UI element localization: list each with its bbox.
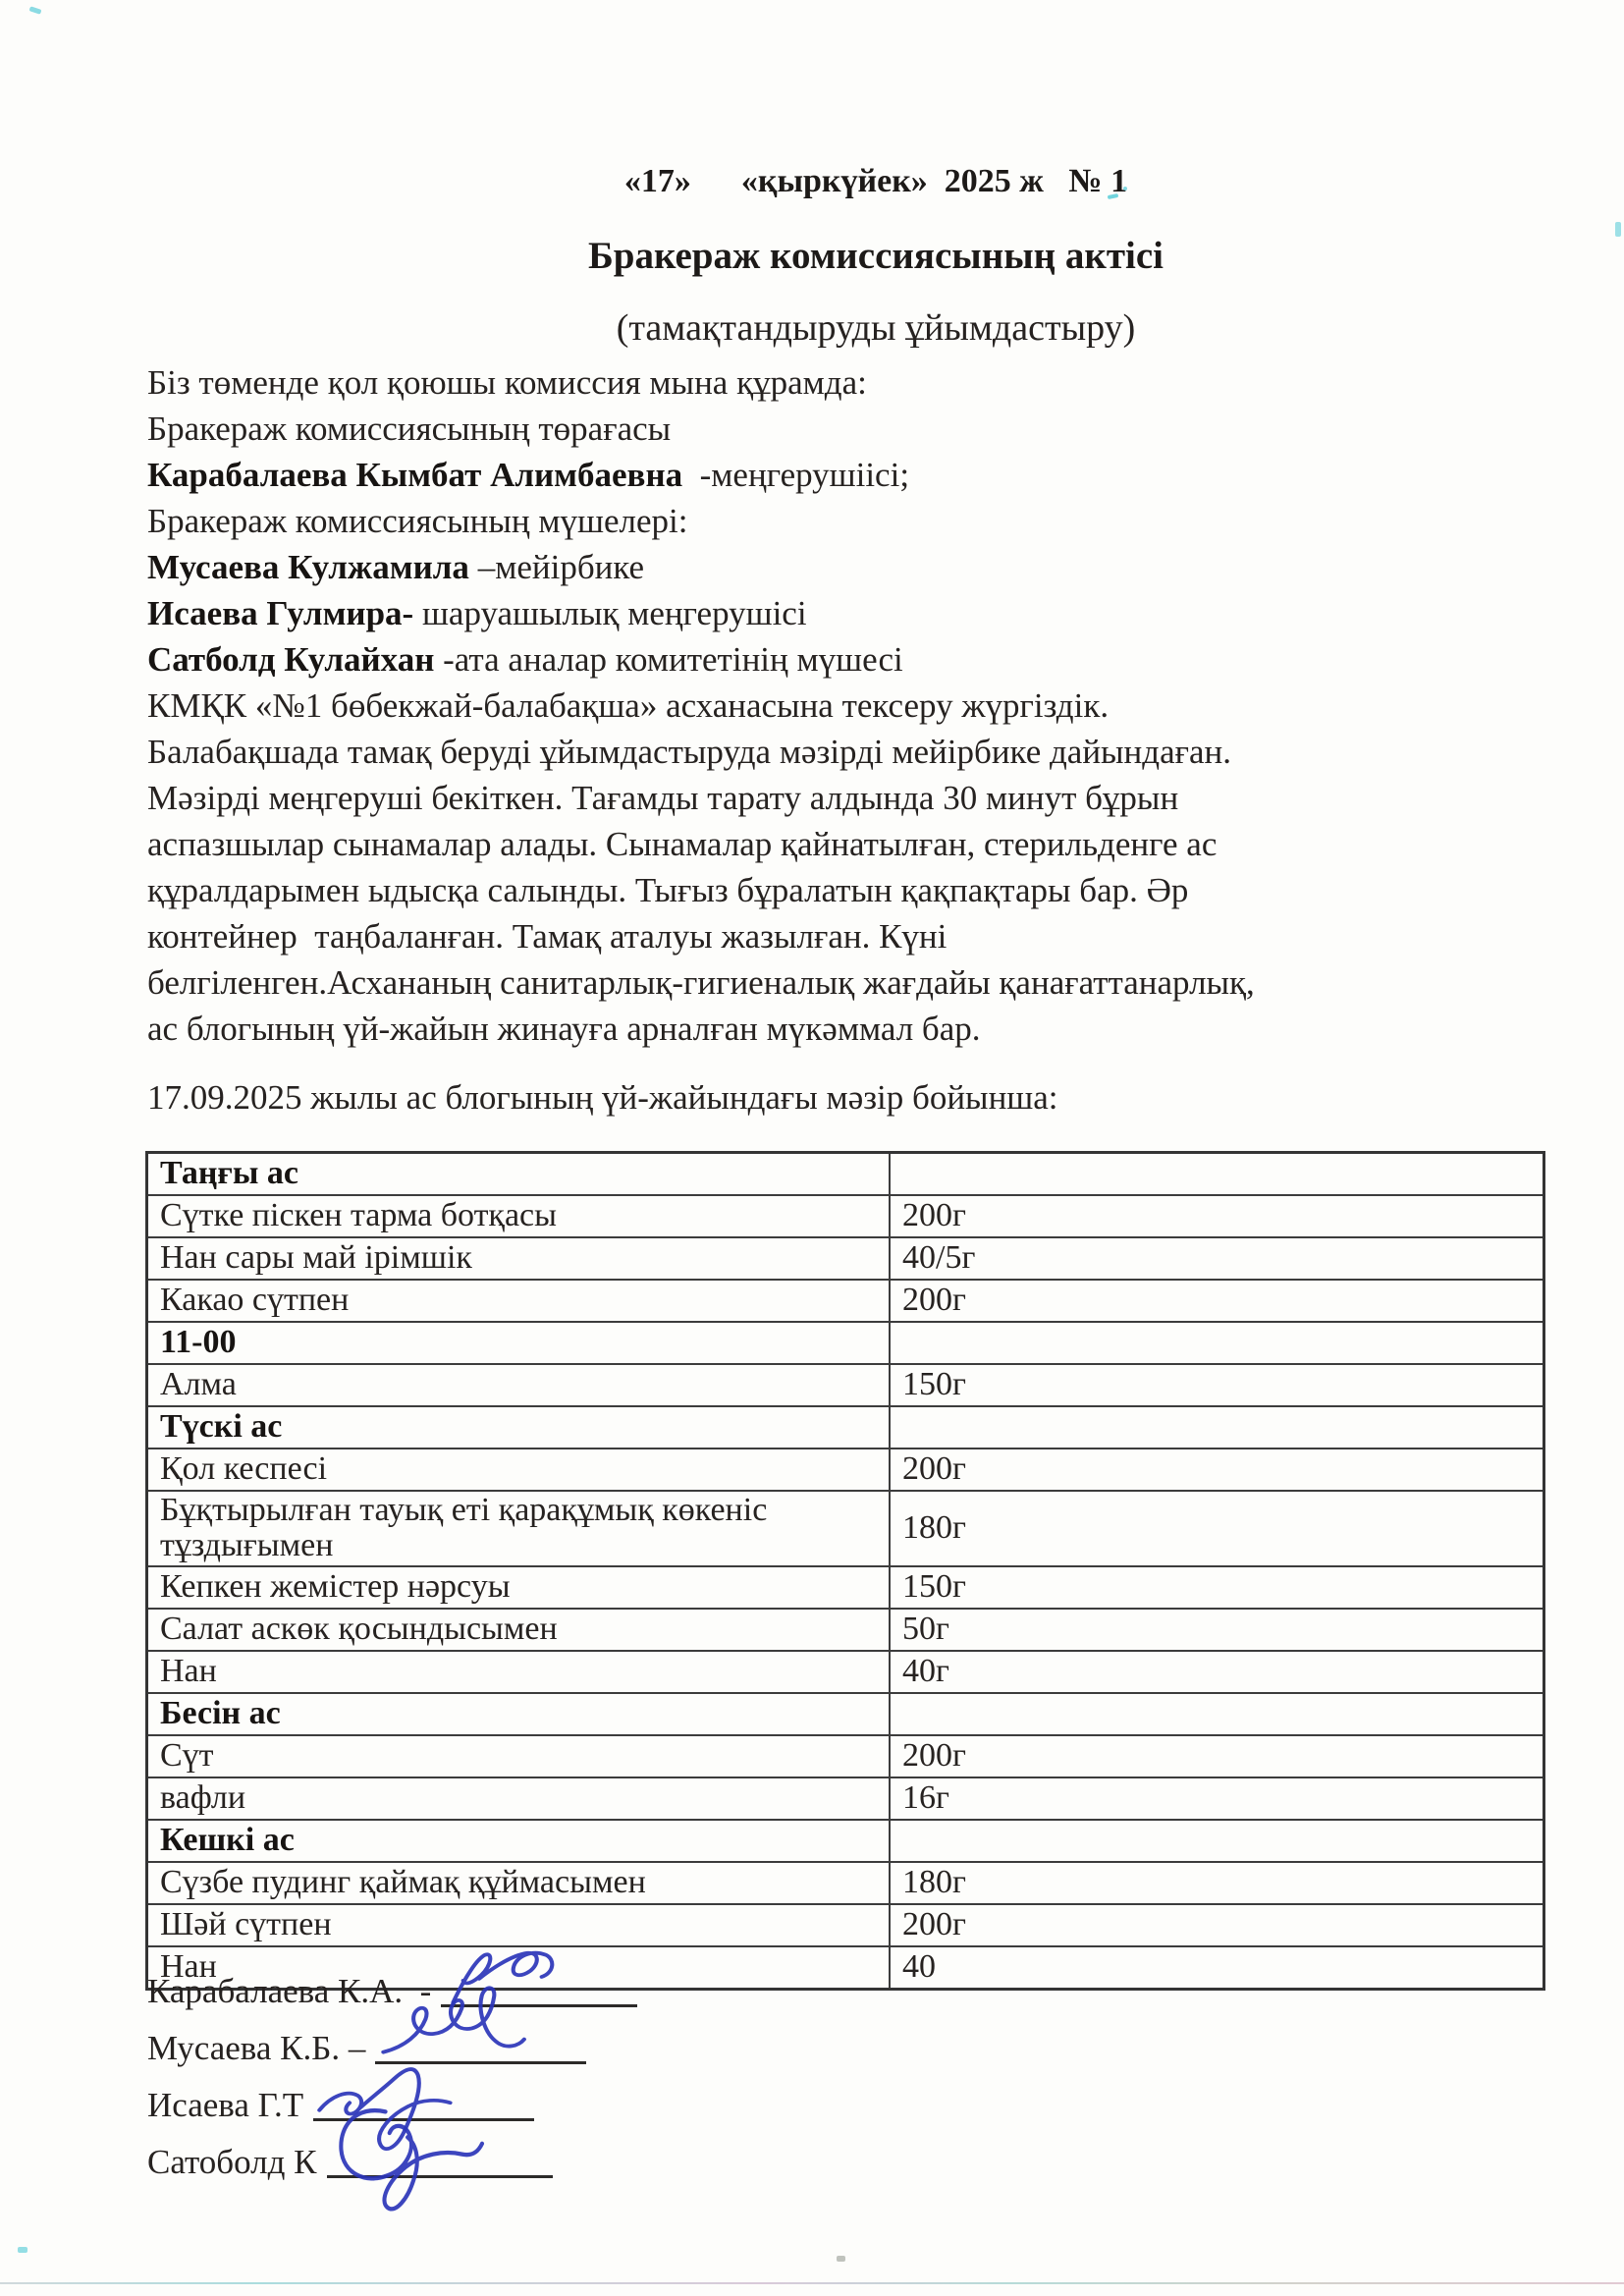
menu-table-row: Сүтке піскен тарма ботқасы 200г — [147, 1195, 1544, 1237]
dish-cell: Сүтке піскен тарма ботқасы — [147, 1195, 891, 1237]
paragraph-text: –мейірбике — [469, 548, 644, 586]
commission-paragraph: Біз төменде қол қоюшы комиссия мына құра… — [147, 359, 1522, 1052]
menu-table-row: 11-00 — [147, 1322, 1544, 1364]
paragraph-line: аспазшылар сынамалар алады. Сынамалар қа… — [147, 821, 1522, 867]
scan-artifact-speck — [837, 2256, 845, 2262]
dish-cell: Салат аскөк қосындысымен — [147, 1609, 891, 1651]
dish-cell: Түскі ас — [147, 1406, 891, 1449]
dish-cell: Бұқтырылған тауық еті қарақұмық көкеніс … — [147, 1491, 891, 1566]
portion-cell: 200г — [890, 1280, 1544, 1322]
document-title: Бракераж комиссиясының актісі — [0, 234, 1624, 278]
portion-cell: 200г — [890, 1449, 1544, 1491]
paragraph-line: контейнер таңбаланған. Тамақ аталуы жазы… — [147, 913, 1522, 959]
menu-table-row: Бұқтырылған тауық еті қарақұмық көкеніс … — [147, 1491, 1544, 1566]
menu-table-row: Кешкі ас — [147, 1820, 1544, 1862]
paragraph-text: Мәзірді меңгеруші бекіткен. Тағамды тара… — [147, 779, 1178, 817]
paragraph-text: аспазшылар сынамалар алады. Сынамалар қа… — [147, 825, 1217, 863]
paragraph-text: контейнер таңбаланған. Тамақ аталуы жазы… — [147, 917, 947, 956]
dish-cell: Алма — [147, 1364, 891, 1406]
handwritten-signature-ink — [321, 2095, 522, 2222]
menu-table-row: Қол кеспесі 200г — [147, 1449, 1544, 1491]
document-date-line: «17» «қыркүйек» 2025 ж № 1 — [0, 163, 1624, 200]
paragraph-line: ас блогының үй-жайын жинауға арналған мү… — [147, 1006, 1522, 1052]
portion-cell: 200г — [890, 1904, 1544, 1946]
paragraph-line: Балабақшада тамақ беруді ұйымдастыруда м… — [147, 729, 1522, 775]
menu-table-row: Шәй сүтпен 200г — [147, 1904, 1544, 1946]
dish-cell: Сүзбе пудинг қаймақ құймасымен — [147, 1862, 891, 1904]
menu-table-row: вафли 16г — [147, 1777, 1544, 1820]
menu-table-row: Нан 40г — [147, 1651, 1544, 1693]
paragraph-text: Балабақшада тамақ беруді ұйымдастыруда м… — [147, 733, 1231, 771]
paragraph-text: КМҚК «№1 бөбекжай-балабақша» асханасына … — [147, 686, 1109, 725]
scan-artifact-speck — [1123, 187, 1127, 191]
portion-cell: 180г — [890, 1491, 1544, 1566]
dish-cell: 11-00 — [147, 1322, 891, 1364]
paragraph-text: Бракераж комиссиясының мүшелері: — [147, 502, 687, 540]
menu-table: Таңғы ас Сүтке піскен тарма ботқасы 200г… — [145, 1151, 1545, 1991]
portion-cell: 200г — [890, 1735, 1544, 1777]
menu-table-row: Салат аскөк қосындысымен 50г — [147, 1609, 1544, 1651]
scan-artifact-speck — [1615, 222, 1621, 237]
menu-table-row: Сүзбе пудинг қаймақ құймасымен 180г — [147, 1862, 1544, 1904]
menu-table-row: Түскі ас — [147, 1406, 1544, 1449]
signature-block: Карабалаева К.А. - Мусаева К.Б. – Исаева… — [147, 1956, 637, 2184]
member-name-bold: Карабалаева Кымбат Алимбаевна — [147, 456, 682, 494]
signature-line — [327, 2163, 553, 2178]
paragraph-line: Исаева Гулмира- шаруашылық меңгерушісі — [147, 590, 1522, 636]
member-name-bold: Исаева Гулмира- — [147, 594, 413, 632]
dish-cell: Кепкен жемістер нәрсуы — [147, 1566, 891, 1609]
signature-row: Сатоболд К — [147, 2127, 637, 2184]
document-subtitle: (тамақтандыруды ұйымдастыру) — [0, 306, 1624, 350]
portion-cell — [890, 1820, 1544, 1862]
signature-name: Сатоболд К — [147, 2141, 317, 2184]
portion-cell: 200г — [890, 1195, 1544, 1237]
paragraph-text: белгіленген.Асхананың санитарлық-гигиена… — [147, 963, 1255, 1002]
dish-cell: вафли — [147, 1777, 891, 1820]
portion-cell — [890, 1153, 1544, 1196]
menu-table-row: Бесін ас — [147, 1693, 1544, 1735]
scan-bottom-edge-line — [0, 2282, 1624, 2284]
portion-cell: 180г — [890, 1862, 1544, 1904]
member-name-bold: Сатболд Кулайхан — [147, 640, 434, 679]
dish-cell: Таңғы ас — [147, 1153, 891, 1196]
dish-cell: Нан — [147, 1651, 891, 1693]
paragraph-text: Біз төменде қол қоюшы комиссия мына құра… — [147, 363, 867, 402]
portion-cell: 40г — [890, 1651, 1544, 1693]
paragraph-line: Бракераж комиссиясының төрағасы — [147, 406, 1522, 452]
portion-cell: 40 — [890, 1946, 1544, 1990]
paragraph-text: -ата аналар комитетінің мүшесі — [434, 640, 902, 679]
portion-cell: 16г — [890, 1777, 1544, 1820]
paragraph-line: Сатболд Кулайхан -ата аналар комитетінің… — [147, 636, 1522, 683]
dish-cell: Қол кеспесі — [147, 1449, 891, 1491]
paragraph-line: белгіленген.Асхананың санитарлық-гигиена… — [147, 959, 1522, 1006]
menu-intro-line: 17.09.2025 жылы ас блогының үй-жайындағы… — [147, 1078, 1058, 1118]
paragraph-line: Мәзірді меңгеруші бекіткен. Тағамды тара… — [147, 775, 1522, 821]
dish-cell: Бесін ас — [147, 1693, 891, 1735]
paragraph-line: Мусаева Кулжамила –мейірбике — [147, 544, 1522, 590]
paragraph-text: құралдарымен ыдысқа салынды. Тығыз бұрал… — [147, 871, 1188, 909]
paragraph-text: ас блогының үй-жайын жинауға арналған мү… — [147, 1010, 981, 1048]
menu-table-row: Сүт 200г — [147, 1735, 1544, 1777]
portion-cell — [890, 1406, 1544, 1449]
menu-table-row: Какао сүтпен 200г — [147, 1280, 1544, 1322]
dish-cell: Какао сүтпен — [147, 1280, 891, 1322]
menu-table-row: Кепкен жемістер нәрсуы 150г — [147, 1566, 1544, 1609]
portion-cell: 40/5г — [890, 1237, 1544, 1280]
portion-cell — [890, 1693, 1544, 1735]
paragraph-text: Бракераж комиссиясының төрағасы — [147, 410, 671, 448]
scan-artifact-speck — [18, 2247, 27, 2253]
paragraph-line: Біз төменде қол қоюшы комиссия мына құра… — [147, 359, 1522, 406]
menu-table-row: Нан сары май ірімшік 40/5г — [147, 1237, 1544, 1280]
portion-cell: 150г — [890, 1364, 1544, 1406]
paragraph-text: -меңгерушіісі; — [682, 456, 909, 494]
paragraph-line: құралдарымен ыдысқа салынды. Тығыз бұрал… — [147, 867, 1522, 913]
paragraph-line: КМҚК «№1 бөбекжай-балабақша» асханасына … — [147, 683, 1522, 729]
dish-cell: Сүт — [147, 1735, 891, 1777]
scanned-document-page: «17» «қыркүйек» 2025 ж № 1 Бракераж коми… — [0, 0, 1624, 2296]
portion-cell: 50г — [890, 1609, 1544, 1651]
portion-cell: 150г — [890, 1566, 1544, 1609]
paragraph-text: шаруашылық меңгерушісі — [413, 594, 806, 632]
dish-cell: Нан сары май ірімшік — [147, 1237, 891, 1280]
member-name-bold: Мусаева Кулжамила — [147, 548, 469, 586]
menu-table-row: Алма 150г — [147, 1364, 1544, 1406]
paragraph-line: Бракераж комиссиясының мүшелері: — [147, 498, 1522, 544]
dish-cell: Кешкі ас — [147, 1820, 891, 1862]
portion-cell — [890, 1322, 1544, 1364]
signature-name: Исаева Г.Т — [147, 2084, 303, 2127]
menu-table-row: Таңғы ас — [147, 1153, 1544, 1196]
paragraph-line: Карабалаева Кымбат Алимбаевна -меңгеруші… — [147, 452, 1522, 498]
scan-artifact-speck — [29, 6, 42, 14]
